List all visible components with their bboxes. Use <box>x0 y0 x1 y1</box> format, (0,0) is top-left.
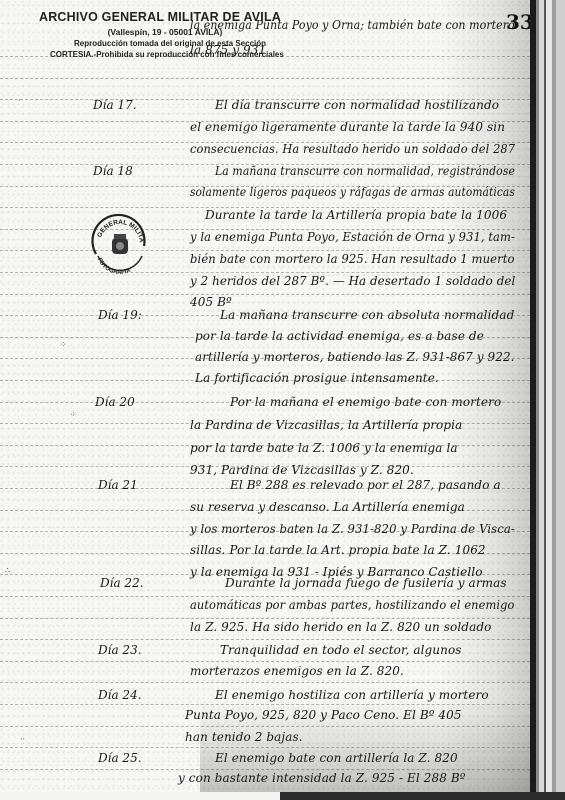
scan-speck: ⁘ <box>60 340 67 349</box>
handwritten-line: consecuencias. Ha resultado herido un so… <box>190 142 515 156</box>
ruled-line <box>0 747 530 748</box>
scan-speck: ∴ <box>5 566 10 575</box>
ruled-line <box>0 618 530 619</box>
day-label: Día 22. <box>100 576 144 590</box>
archive-seal-stamp-icon: GENERAL MILITAR FOTOGRAFIA <box>86 210 154 278</box>
handwritten-line: la enemiga Punta Poyo y Orna; también ba… <box>190 18 515 32</box>
handwritten-line: y los morteros baten la Z. 931-820 y Par… <box>190 522 515 536</box>
handwritten-line: El enemigo hostiliza con artillería y mo… <box>215 688 489 702</box>
handwritten-line: 931, Pardina de Vizcasillas y Z. 820. <box>190 463 414 477</box>
handwritten-line: la 875 y 931 <box>190 43 266 57</box>
handwritten-line: por la tarde la actividad enemiga, es a … <box>195 329 484 343</box>
document-page: ARCHIVO GENERAL MILITAR DE AVILA (Valles… <box>0 0 530 792</box>
handwritten-line: y con bastante intensidad la Z. 925 - El… <box>178 771 466 785</box>
book-binding-edge <box>530 0 565 800</box>
day-label: Día 25. <box>98 751 142 765</box>
handwritten-line: bién bate con mortero la 925. Han result… <box>190 252 515 266</box>
handwritten-line: El enemigo bate con artillería la Z. 820 <box>215 751 458 765</box>
handwritten-line: Punta Poyo, 925, 820 y Paco Ceno. El Bº … <box>185 708 462 722</box>
handwritten-line: La fortificación prosigue intensamente. <box>195 371 439 385</box>
day-label: Día 20 <box>95 395 135 409</box>
scan-speck: ⁘ <box>70 410 77 419</box>
ruled-line <box>0 704 530 705</box>
handwritten-line: solamente ligeros paqueos y ráfagas de a… <box>190 185 515 199</box>
handwritten-line: 405 Bº <box>190 295 232 309</box>
handwritten-line: la Z. 925. Ha sido herido en la Z. 820 u… <box>190 620 491 634</box>
handwritten-line: Por la mañana el enemigo bate con morter… <box>230 395 501 409</box>
ruled-line <box>0 639 530 640</box>
ruled-line <box>0 769 530 770</box>
handwritten-line: sillas. Por la tarde la Art. propia bate… <box>190 543 486 557</box>
handwritten-line: artillería y morteros, batiendo las Z. 9… <box>195 350 515 364</box>
handwritten-line: su reserva y descanso. La Artillería ene… <box>190 500 465 514</box>
scan-bottom-edge <box>280 792 565 800</box>
handwritten-line: La mañana transcurre con absoluta normal… <box>220 308 514 322</box>
day-label: Día 24. <box>98 688 142 702</box>
ruled-line <box>0 294 530 295</box>
ruled-line <box>0 250 530 251</box>
day-label: Día 19: <box>98 308 142 322</box>
handwritten-line: han tenido 2 bajas. <box>185 730 303 744</box>
handwritten-line: morterazos enemigos en la Z. 820. <box>190 664 404 678</box>
ruled-line <box>0 726 530 727</box>
handwritten-line: y la enemiga Punta Poyo, Estación de Orn… <box>190 230 515 244</box>
handwritten-line: Tranquilidad en todo el sector, algunos <box>220 643 462 657</box>
day-label: Día 18 <box>93 164 133 178</box>
handwritten-line: y 2 heridos del 287 Bº. — Ha desertado 1… <box>190 274 515 288</box>
ruled-line <box>0 596 530 597</box>
handwritten-line: por la tarde bate la Z. 1006 y la enemig… <box>190 441 458 455</box>
handwritten-line: El Bº 288 es relevado por el 287, pasand… <box>230 478 501 492</box>
day-label: Día 17. <box>93 98 137 112</box>
handwritten-line: El día transcurre con normalidad hostili… <box>215 98 499 112</box>
ruled-line <box>0 78 530 79</box>
handwritten-line: La mañana transcurre con normalidad, reg… <box>215 164 515 178</box>
handwritten-line: Durante la jornada fuego de fusilería y … <box>225 576 507 590</box>
handwritten-line: el enemigo ligeramente durante la tarde … <box>190 120 505 134</box>
svg-text:FOTOGRAFIA: FOTOGRAFIA <box>96 257 132 276</box>
handwritten-line: Durante la tarde la Artillería propia ba… <box>205 208 507 222</box>
ruled-line <box>0 661 530 662</box>
ruled-line <box>0 272 530 273</box>
day-label: Día 23. <box>98 643 142 657</box>
day-label: Día 21 <box>98 478 138 492</box>
handwritten-line: automáticas por ambas partes, hostilizan… <box>190 598 514 612</box>
stamp-text-bottom: FOTOGRAFIA <box>96 257 132 276</box>
scan-speck: · <box>18 96 21 105</box>
scan-speck: ·· <box>20 735 25 744</box>
handwritten-line: la Pardina de Vizcasillas, la Artillería… <box>190 418 462 432</box>
ruled-line <box>0 682 530 683</box>
